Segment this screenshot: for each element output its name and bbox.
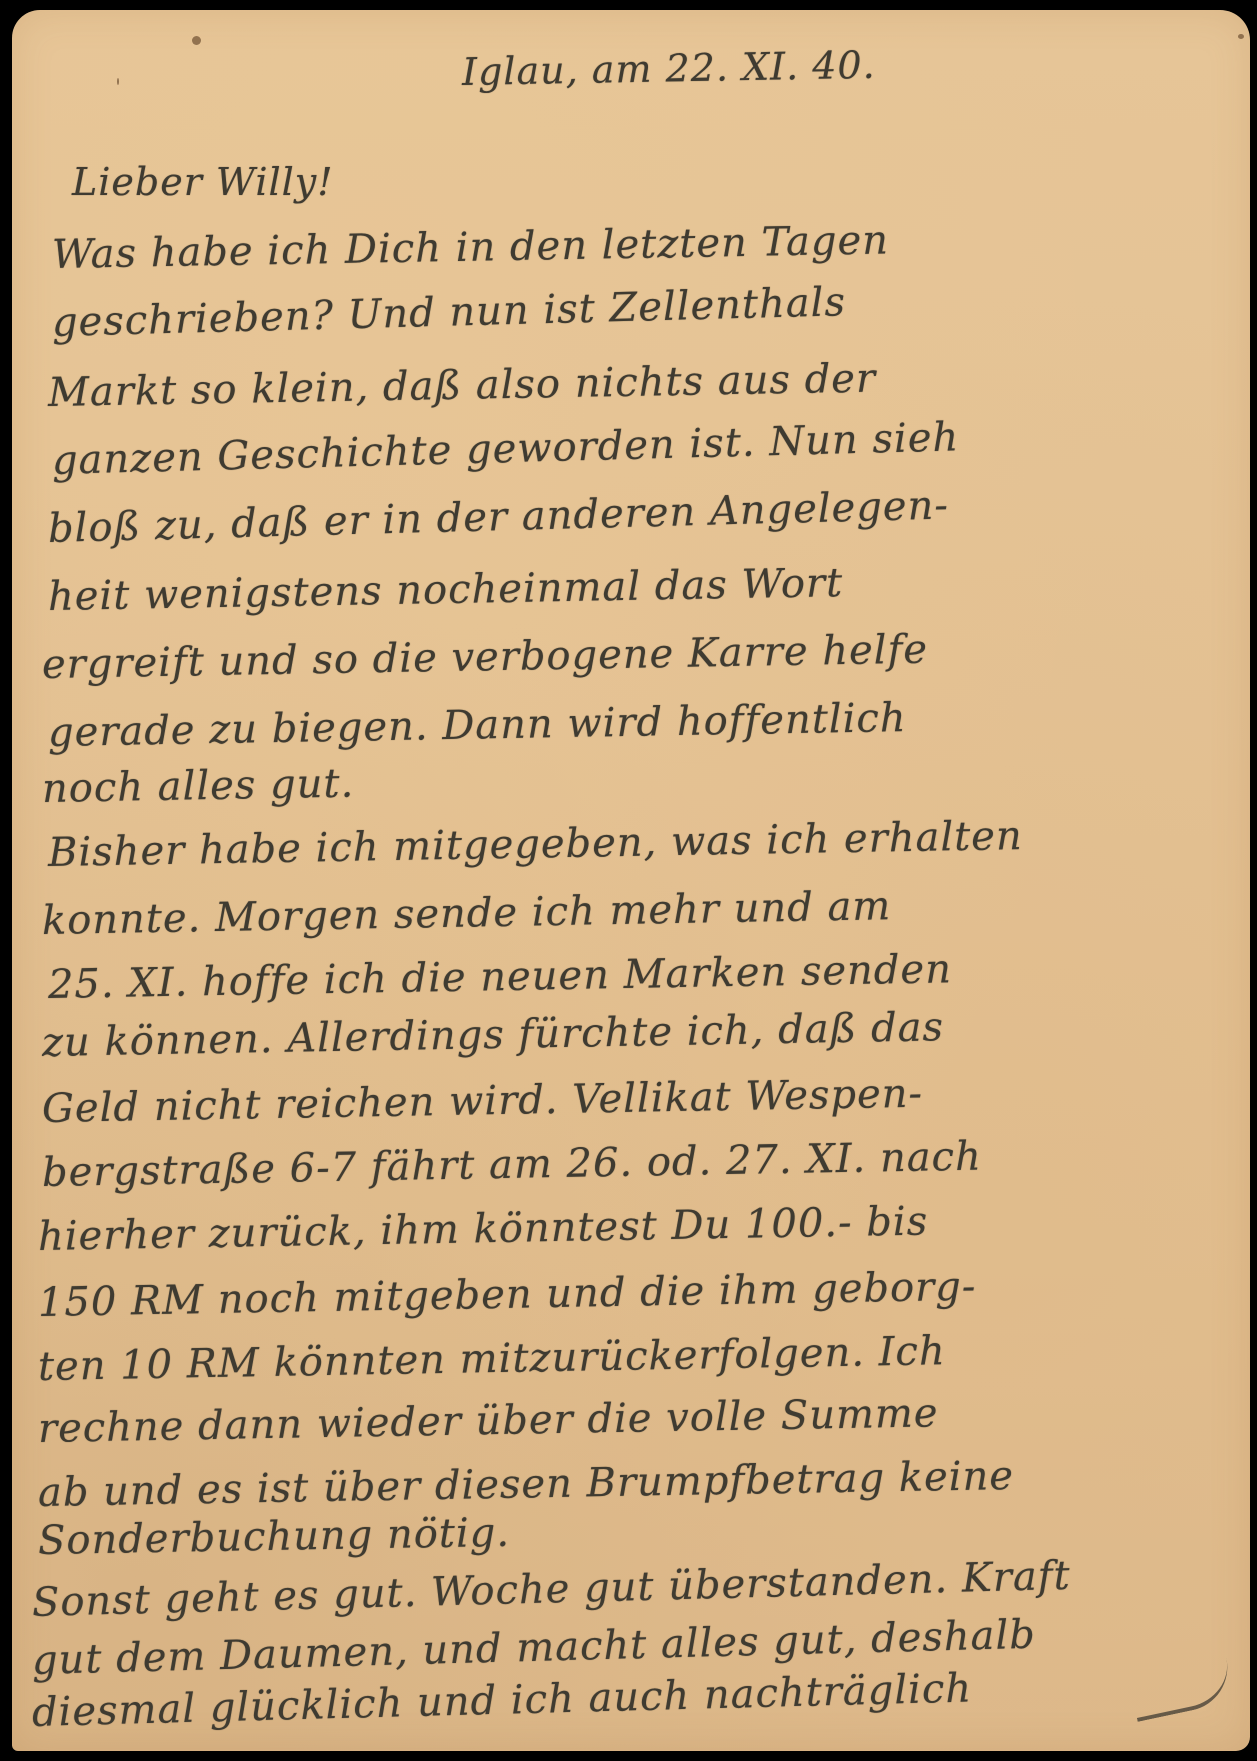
dateline: Iglau, am 22. XI. 40. <box>462 43 876 94</box>
letter-line: Bisher habe ich mitgegeben, was ich erha… <box>48 813 1023 876</box>
letter-line: 25. XI. hoffe ich die neuen Marken sende… <box>48 946 953 1008</box>
letter-line: Sonderbuchung nötig. <box>38 1510 511 1564</box>
letter-line: ergreift und so die verbogene Karre helf… <box>42 627 929 688</box>
letter-line: gerade zu biegen. Dann wird hoffentlich <box>48 695 907 756</box>
letter-line: noch alles gut. <box>42 761 355 812</box>
letter-line: ten 10 RM könnten mitzurückerfolgen. Ich <box>38 1328 946 1390</box>
letter-line: heit wenigstens nocheinmal das Wort <box>48 560 844 620</box>
salutation: Lieber Willy! <box>72 160 334 204</box>
paper-speck <box>117 78 119 85</box>
letter-line: geschrieben? Und nun ist Zellenthals <box>51 279 846 346</box>
letter-line: ab und es ist über diesen Brumpfbetrag k… <box>38 1453 1015 1516</box>
letter-line: Markt so klein, daß also nichts aus der <box>48 356 877 416</box>
letter-line: bloß zu, daß er in der anderen Angelegen… <box>47 482 949 552</box>
paper-speck <box>192 36 201 45</box>
letter-line: ganzen Geschichte geworden ist. Nun sieh <box>51 414 959 484</box>
letter-line: bergstraße 6-7 fährt am 26. od. 27. XI. … <box>42 1134 983 1196</box>
letter-line: konnte. Morgen sende ich mehr und am <box>42 883 892 944</box>
letter-line: rechne dann wieder über die volle Summe <box>38 1390 939 1452</box>
postcard: Iglau, am 22. XI. 40. Lieber Willy! Was … <box>12 10 1250 1751</box>
letter-line: zu können. Allerdings fürchte ich, daß d… <box>42 1004 945 1066</box>
letter-line: Geld nicht reichen wird. Vellikat Wespen… <box>42 1071 924 1132</box>
paper-speck <box>1238 34 1244 39</box>
pen-flourish <box>1129 1658 1236 1722</box>
letter-line: hierher zurück, ihm könntest Du 100.- bi… <box>38 1198 929 1260</box>
letter-line: Was habe ich Dich in den letzten Tagen <box>52 217 890 278</box>
letter-line: 150 RM noch mitgeben und die ihm geborg- <box>38 1264 977 1326</box>
